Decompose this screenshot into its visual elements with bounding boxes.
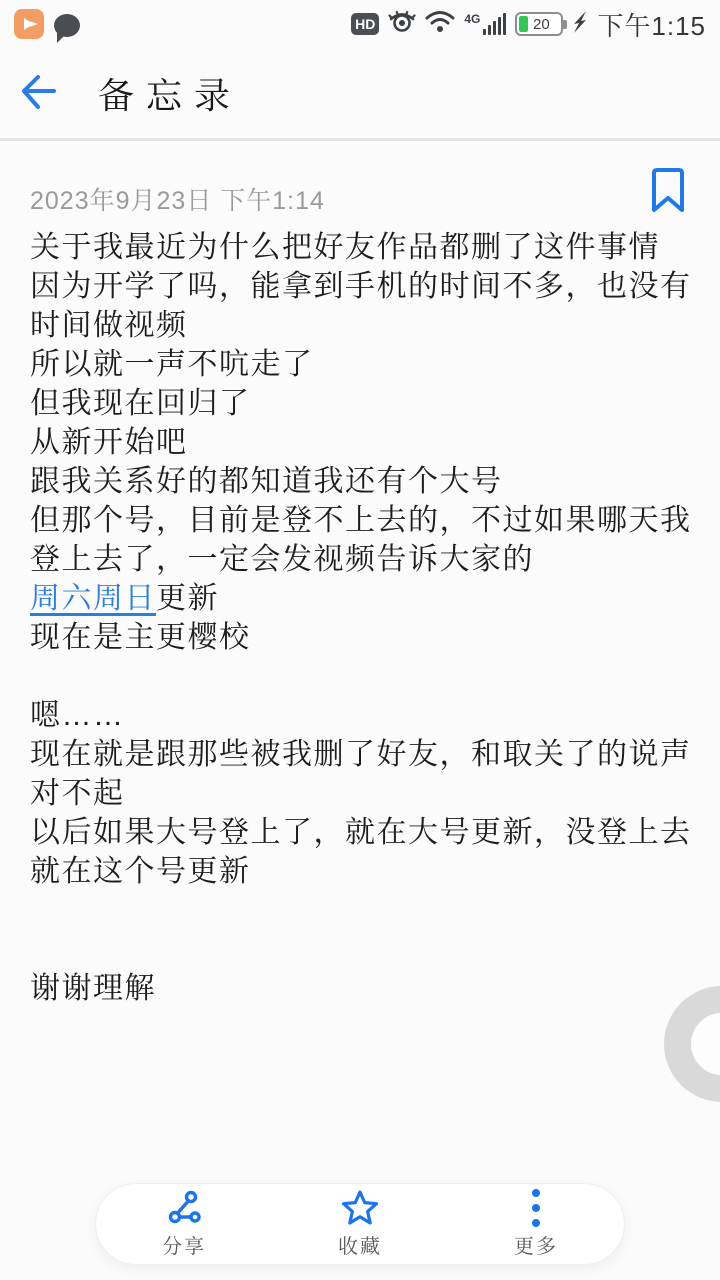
back-arrow-icon — [16, 69, 60, 118]
note-line: 时间做视频 — [30, 306, 698, 345]
note-line — [30, 891, 698, 930]
note-text-segment: 关于我最近为什么把好友作品都删了这件事情 — [30, 231, 660, 264]
note-line: 但那个号，目前是登不上去的，不过如果哪天我 — [30, 501, 698, 540]
note-line: 谢谢理解 — [30, 969, 698, 1008]
bookmark-icon — [648, 167, 688, 220]
battery-percent: 20 — [533, 16, 550, 33]
note-body: 关于我最近为什么把好友作品都删了这件事情因为开学了吗，能拿到手机的时间不多，也没… — [30, 228, 698, 1008]
note-text-segment: 登上去了，一定会发视频告诉大家的 — [30, 543, 534, 576]
note-text-segment: 嗯…… — [30, 699, 125, 732]
signal-bars: 4G — [464, 13, 506, 35]
favorite-button[interactable]: 收藏 — [272, 1190, 448, 1259]
note-line — [30, 930, 698, 969]
wifi-icon — [425, 10, 455, 39]
note-text-segment: 所以就一声不吭走了 — [30, 348, 314, 381]
note-date: 2023年9月23日 下午1:14 — [30, 181, 325, 217]
bottom-toolbar: 分享 收藏 更多 — [95, 1183, 625, 1265]
note-text-segment: 但我现在回归了 — [30, 387, 251, 420]
note-text-segment: 但那个号，目前是登不上去的，不过如果哪天我 — [30, 504, 692, 537]
note-text-segment: 更新 — [156, 582, 219, 615]
note-line: 因为开学了吗，能拿到手机的时间不多，也没有 — [30, 267, 698, 306]
app-header: 备忘录 — [0, 48, 720, 141]
note-text-segment: 跟我关系好的都知道我还有个大号 — [30, 465, 503, 498]
note-line: 就在这个号更新 — [30, 852, 698, 891]
share-button[interactable]: 分享 — [96, 1190, 272, 1259]
note-line: 从新开始吧 — [30, 423, 698, 462]
note-text-segment: 从新开始吧 — [30, 426, 188, 459]
note-line: 关于我最近为什么把好友作品都删了这件事情 — [30, 228, 698, 267]
battery-nub — [563, 20, 567, 29]
hd-badge: HD — [351, 13, 379, 35]
note-line: 跟我关系好的都知道我还有个大号 — [30, 462, 698, 501]
battery-indicator: 20 — [515, 12, 563, 36]
note-text-segment: 就在这个号更新 — [30, 855, 251, 888]
charging-bolt-icon — [572, 9, 588, 40]
network-type-label: 4G — [464, 13, 480, 25]
note-line: 登上去了，一定会发视频告诉大家的 — [30, 540, 698, 579]
eye-protection-icon — [388, 9, 416, 40]
note-line: 以后如果大号登上了，就在大号更新，没登上去 — [30, 813, 698, 852]
note-text-segment: 以后如果大号登上了，就在大号更新，没登上去 — [30, 816, 692, 849]
page-title: 备忘录 — [98, 68, 242, 119]
favorite-label: 收藏 — [338, 1230, 382, 1259]
bookmark-button[interactable] — [646, 167, 690, 217]
note-line: 嗯…… — [30, 696, 698, 735]
chat-bubble-icon — [54, 14, 80, 37]
note-line: 周六周日更新 — [30, 579, 698, 618]
note-line: 现在是主更樱校 — [30, 618, 698, 657]
status-bar: HD 4G — [0, 0, 720, 48]
phone-screen: HD 4G — [0, 0, 720, 1280]
note-line: 但我现在回归了 — [30, 384, 698, 423]
note-text-segment: 因为开学了吗，能拿到手机的时间不多，也没有 — [30, 270, 692, 303]
status-bar-notifications — [14, 9, 80, 39]
note-text-segment: 谢谢理解 — [30, 972, 156, 1005]
share-label: 分享 — [162, 1230, 206, 1259]
note-text-segment: 对不起 — [30, 777, 125, 810]
note-text-segment: 现在就是跟那些被我删了好友，和取关了的说声 — [30, 738, 692, 771]
status-bar-clock: 下午1:15 — [597, 6, 706, 43]
star-icon — [340, 1190, 380, 1226]
back-button[interactable] — [0, 63, 76, 123]
note-text-segment: 现在是主更樱校 — [30, 621, 251, 654]
note-line — [30, 657, 698, 696]
more-dots-icon — [532, 1190, 540, 1226]
battery-fill — [519, 16, 528, 32]
note-line: 所以就一声不吭走了 — [30, 345, 698, 384]
more-label: 更多 — [514, 1230, 558, 1259]
note-link[interactable]: 周六周日 — [30, 582, 156, 615]
share-icon — [165, 1190, 203, 1226]
note-text-segment: 时间做视频 — [30, 309, 188, 342]
more-button[interactable]: 更多 — [448, 1190, 624, 1259]
note-line: 对不起 — [30, 774, 698, 813]
status-bar-indicators: HD 4G — [351, 6, 706, 43]
note-line: 现在就是跟那些被我删了好友，和取关了的说声 — [30, 735, 698, 774]
video-app-notification-icon — [14, 9, 44, 39]
